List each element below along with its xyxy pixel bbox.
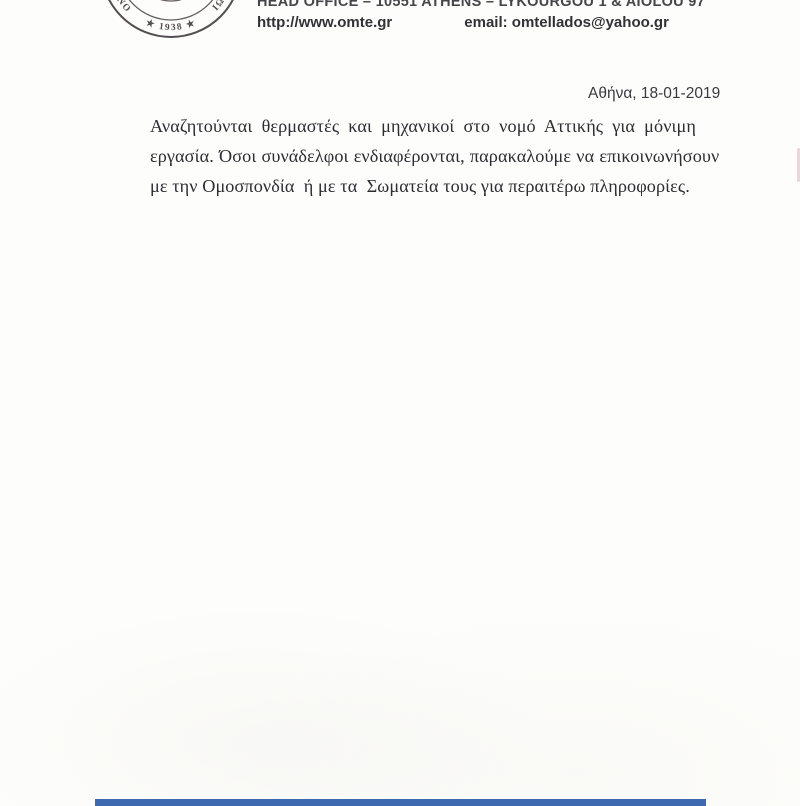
contact-line: http://www.omte.gr email: omtellados@yah… <box>257 13 669 32</box>
paragraph-line-3: με την Ομοσπονδία ή με τα Σωματεία τους … <box>150 171 742 201</box>
date-line: Αθήνα, 18-01-2019 <box>588 85 720 103</box>
head-office-address-line: HEAD OFFICE – 10551 ATHENS – LYKOURGOU 1… <box>257 0 705 11</box>
union-seal-logo: ★ 1938 ★ ΝΟ ΙΩ <box>105 0 238 42</box>
email-address: email: omtellados@yahoo.gr <box>464 13 669 32</box>
scanned-letter-page: ★ 1938 ★ ΝΟ ΙΩ HEAD OFFICE – 10551 ATHEN… <box>0 0 800 806</box>
seal-inner-ring <box>118 0 224 20</box>
paragraph-line-2: εργασία. Όσοι συνάδελφοι ενδιαφέρονται, … <box>150 141 742 171</box>
website-url: http://www.omte.gr <box>257 13 392 32</box>
footer-blue-band-edge <box>95 799 706 806</box>
seal-medallion-ring <box>137 0 205 1</box>
paragraph-line-1: Αναζητούνται θερμαστές και μηχανικοί στο… <box>150 111 742 141</box>
announcement-paragraph: Αναζητούνται θερμαστές και μηχανικοί στο… <box>150 111 742 201</box>
